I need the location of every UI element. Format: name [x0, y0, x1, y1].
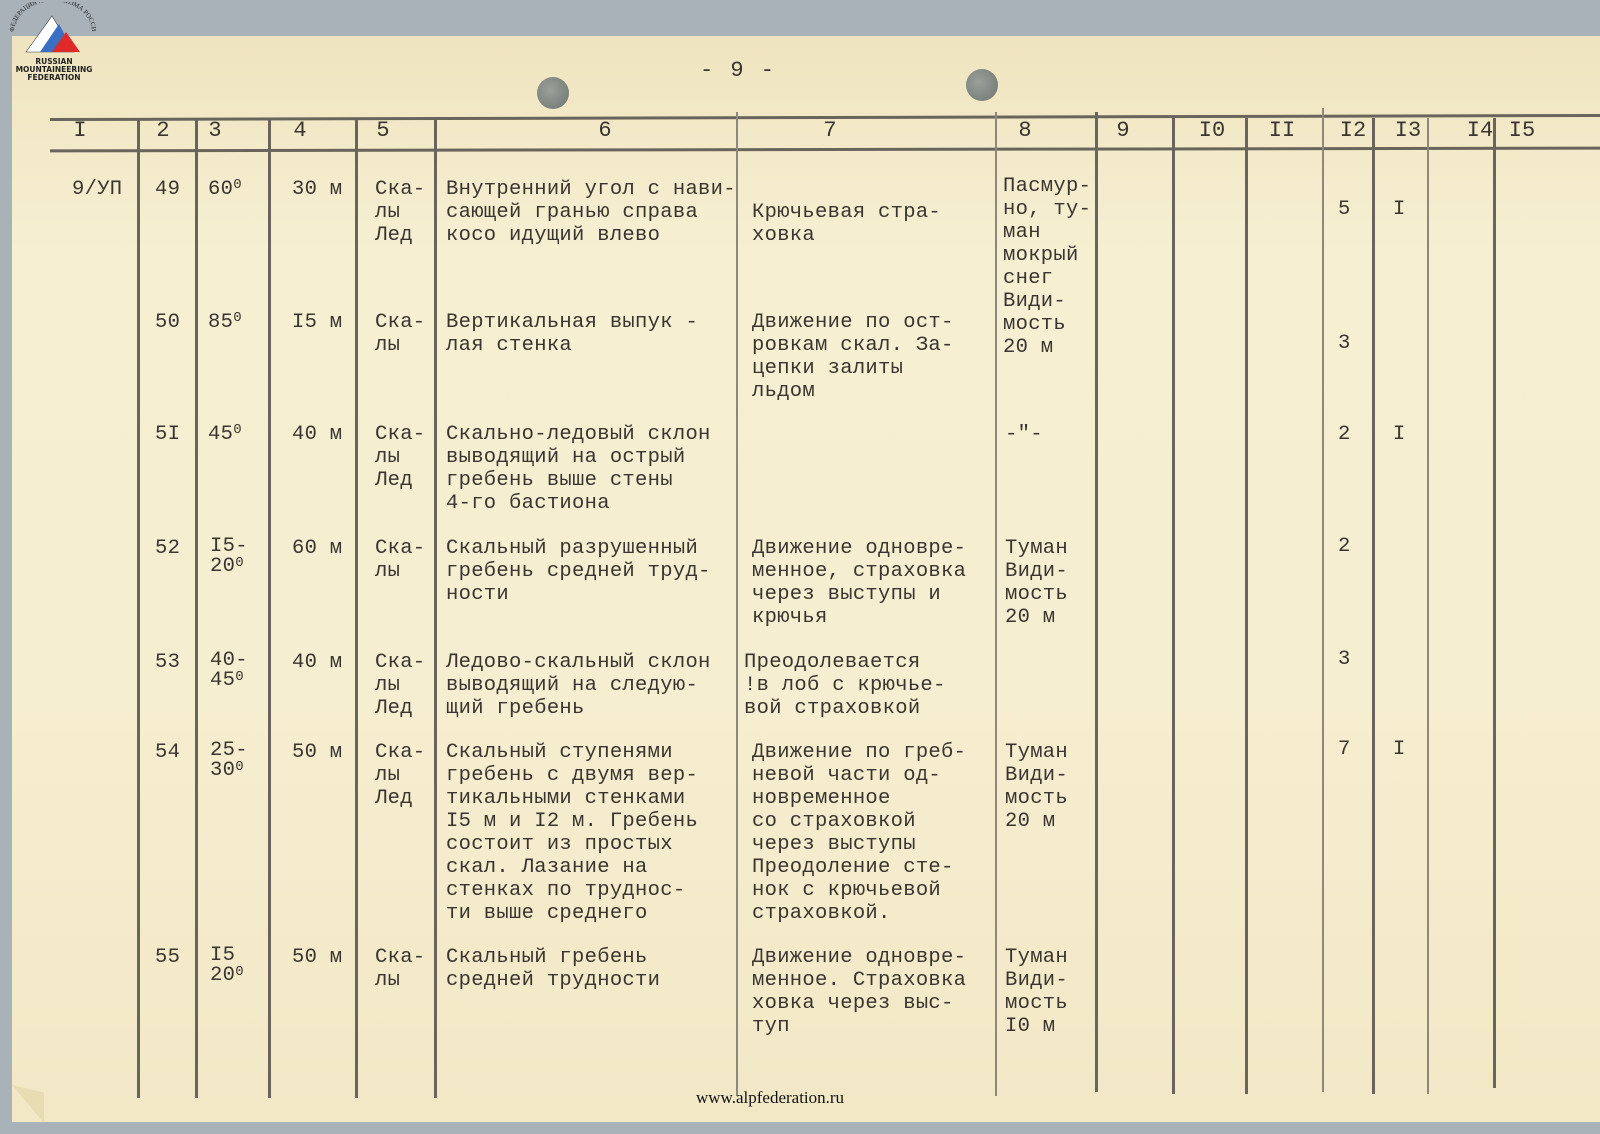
col-divider: [1172, 118, 1175, 1094]
cell-weather: Пасмур- но, ту- ман мокрый снег Види- мо…: [1003, 175, 1091, 359]
cell-length: 50 м: [292, 946, 342, 969]
rmf-logo: ФЕДЕРАЦИЯ АЛЬПИНИЗМА РОССИИ RUSSIAN MOUN…: [4, 2, 96, 82]
cell-rock-pitons: 3: [1338, 332, 1351, 355]
punch-hole-right: [966, 69, 998, 101]
cell-technique: Преодолевается !в лоб с крючье- вой стра…: [744, 651, 946, 720]
cell-rock-pitons: 5: [1338, 198, 1351, 221]
header-col-11: II: [1262, 118, 1302, 143]
cell-weather: -"-: [1005, 423, 1043, 446]
cell-angle: 450: [208, 423, 242, 446]
cell-section: 53: [155, 651, 180, 674]
cell-technique: Движение по ост- ровкам скал. За- цепки …: [752, 311, 954, 403]
cell-terrain: Ска- лы Лед: [375, 423, 425, 492]
logo-line-3: FEDERATION: [4, 74, 104, 82]
cell-length: 30 м: [292, 178, 342, 201]
cell-section: 55: [155, 946, 180, 969]
cell-technique: Движение одновре- менное. Страховка ховк…: [752, 946, 966, 1038]
cell-terrain: Ска- лы: [375, 311, 425, 357]
cell-description: Скальный гребень средней трудности: [446, 946, 660, 992]
mountain-flag-icon: ФЕДЕРАЦИЯ АЛЬПИНИЗМА РОССИИ: [4, 2, 96, 58]
cell-terrain: Ска- лы Лед: [375, 178, 425, 247]
header-col-5: 5: [368, 118, 398, 143]
cell-ice-pitons: I: [1393, 423, 1406, 446]
cell-rock-pitons: 7: [1338, 738, 1351, 761]
cell-description: Скальный ступенями гребень с двумя вер- …: [446, 741, 698, 925]
col-divider: [355, 118, 358, 1098]
col-divider: [1322, 108, 1324, 1092]
cell-description: Скально-ледовый склон выводящий на остры…: [446, 423, 711, 515]
cell-weather: Туман Види- мость 20 м: [1005, 741, 1068, 833]
col-divider: [995, 112, 997, 1096]
cell-technique: Движение по греб- невой части од- новрем…: [752, 741, 966, 925]
header-col-1: I: [60, 118, 100, 143]
cell-ice-pitons: I: [1393, 738, 1406, 761]
cell-section: 52: [155, 537, 180, 560]
cell-angle: I5- 200: [210, 537, 248, 577]
header-col-8: 8: [1010, 118, 1040, 143]
cell-section: 54: [155, 741, 180, 764]
cell-length: 40 м: [292, 651, 342, 674]
header-col-9: 9: [1108, 118, 1138, 143]
cell-terrain: Ска- лы: [375, 537, 425, 583]
cell-description: Внутренний угол с нави- сающей гранью сп…: [446, 178, 736, 247]
col-divider: [195, 118, 198, 1098]
col-divider: [1095, 112, 1098, 1092]
punch-hole-left: [537, 77, 569, 109]
cell-terrain: Ска- лы Лед: [375, 651, 425, 720]
cell-description: Вертикальная выпук - лая стенка: [446, 311, 698, 357]
cell-weather: Туман Види- мость I0 м: [1005, 946, 1068, 1038]
cell-terrain: Ска- лы: [375, 946, 425, 992]
col-divider: [434, 118, 437, 1098]
footer-url[interactable]: www.alpfederation.ru: [696, 1088, 844, 1108]
cell-length: 40 м: [292, 423, 342, 446]
cell-weather: Туман Види- мость 20 м: [1005, 537, 1068, 629]
cell-day: 9/УП: [72, 178, 122, 201]
cell-section: 5I: [155, 423, 180, 446]
cell-length: 50 м: [292, 741, 342, 764]
header-col-7: 7: [815, 118, 845, 143]
cell-description: Ледово-скальный склон выводящий на следу…: [446, 651, 711, 720]
header-col-2: 2: [148, 118, 178, 143]
cell-terrain: Ска- лы Лед: [375, 741, 425, 810]
header-col-4: 4: [285, 118, 315, 143]
col-divider: [137, 118, 140, 1098]
col-divider: [1372, 118, 1375, 1094]
header-col-10: I0: [1192, 118, 1232, 143]
logo-caption: RUSSIAN MOUNTAINEERING FEDERATION: [4, 58, 104, 82]
cell-angle: 40- 450: [210, 651, 248, 691]
header-col-14: I4: [1460, 118, 1500, 143]
header-col-6: 6: [590, 118, 620, 143]
cell-angle: 600: [208, 178, 242, 201]
cell-technique: Крючьевая стра- ховка: [752, 178, 941, 247]
col-divider: [1493, 118, 1496, 1088]
cell-length: I5 м: [292, 311, 342, 334]
col-divider: [736, 112, 738, 1096]
cell-description: Скальный разрушенный гребень средней тру…: [446, 537, 711, 606]
header-col-3: 3: [200, 118, 230, 143]
header-col-15: I5: [1502, 118, 1542, 143]
cell-length: 60 м: [292, 537, 342, 560]
cell-angle: I5 200: [210, 946, 244, 986]
header-col-13: I3: [1388, 118, 1428, 143]
col-divider: [268, 118, 271, 1098]
cell-section: 50: [155, 311, 180, 334]
cell-rock-pitons: 2: [1338, 423, 1351, 446]
cell-angle: 25- 300: [210, 741, 248, 781]
page-number: - 9 -: [700, 58, 776, 83]
header-col-12: I2: [1333, 118, 1373, 143]
cell-rock-pitons: 2: [1338, 535, 1351, 558]
cell-ice-pitons: I: [1393, 198, 1406, 221]
cell-technique: Движение одновре- менное, страховка чере…: [752, 537, 966, 629]
cell-rock-pitons: 3: [1338, 648, 1351, 671]
col-divider: [1245, 118, 1248, 1094]
col-divider: [1427, 118, 1429, 1094]
cell-angle: 850: [208, 311, 242, 334]
cell-section: 49: [155, 178, 180, 201]
